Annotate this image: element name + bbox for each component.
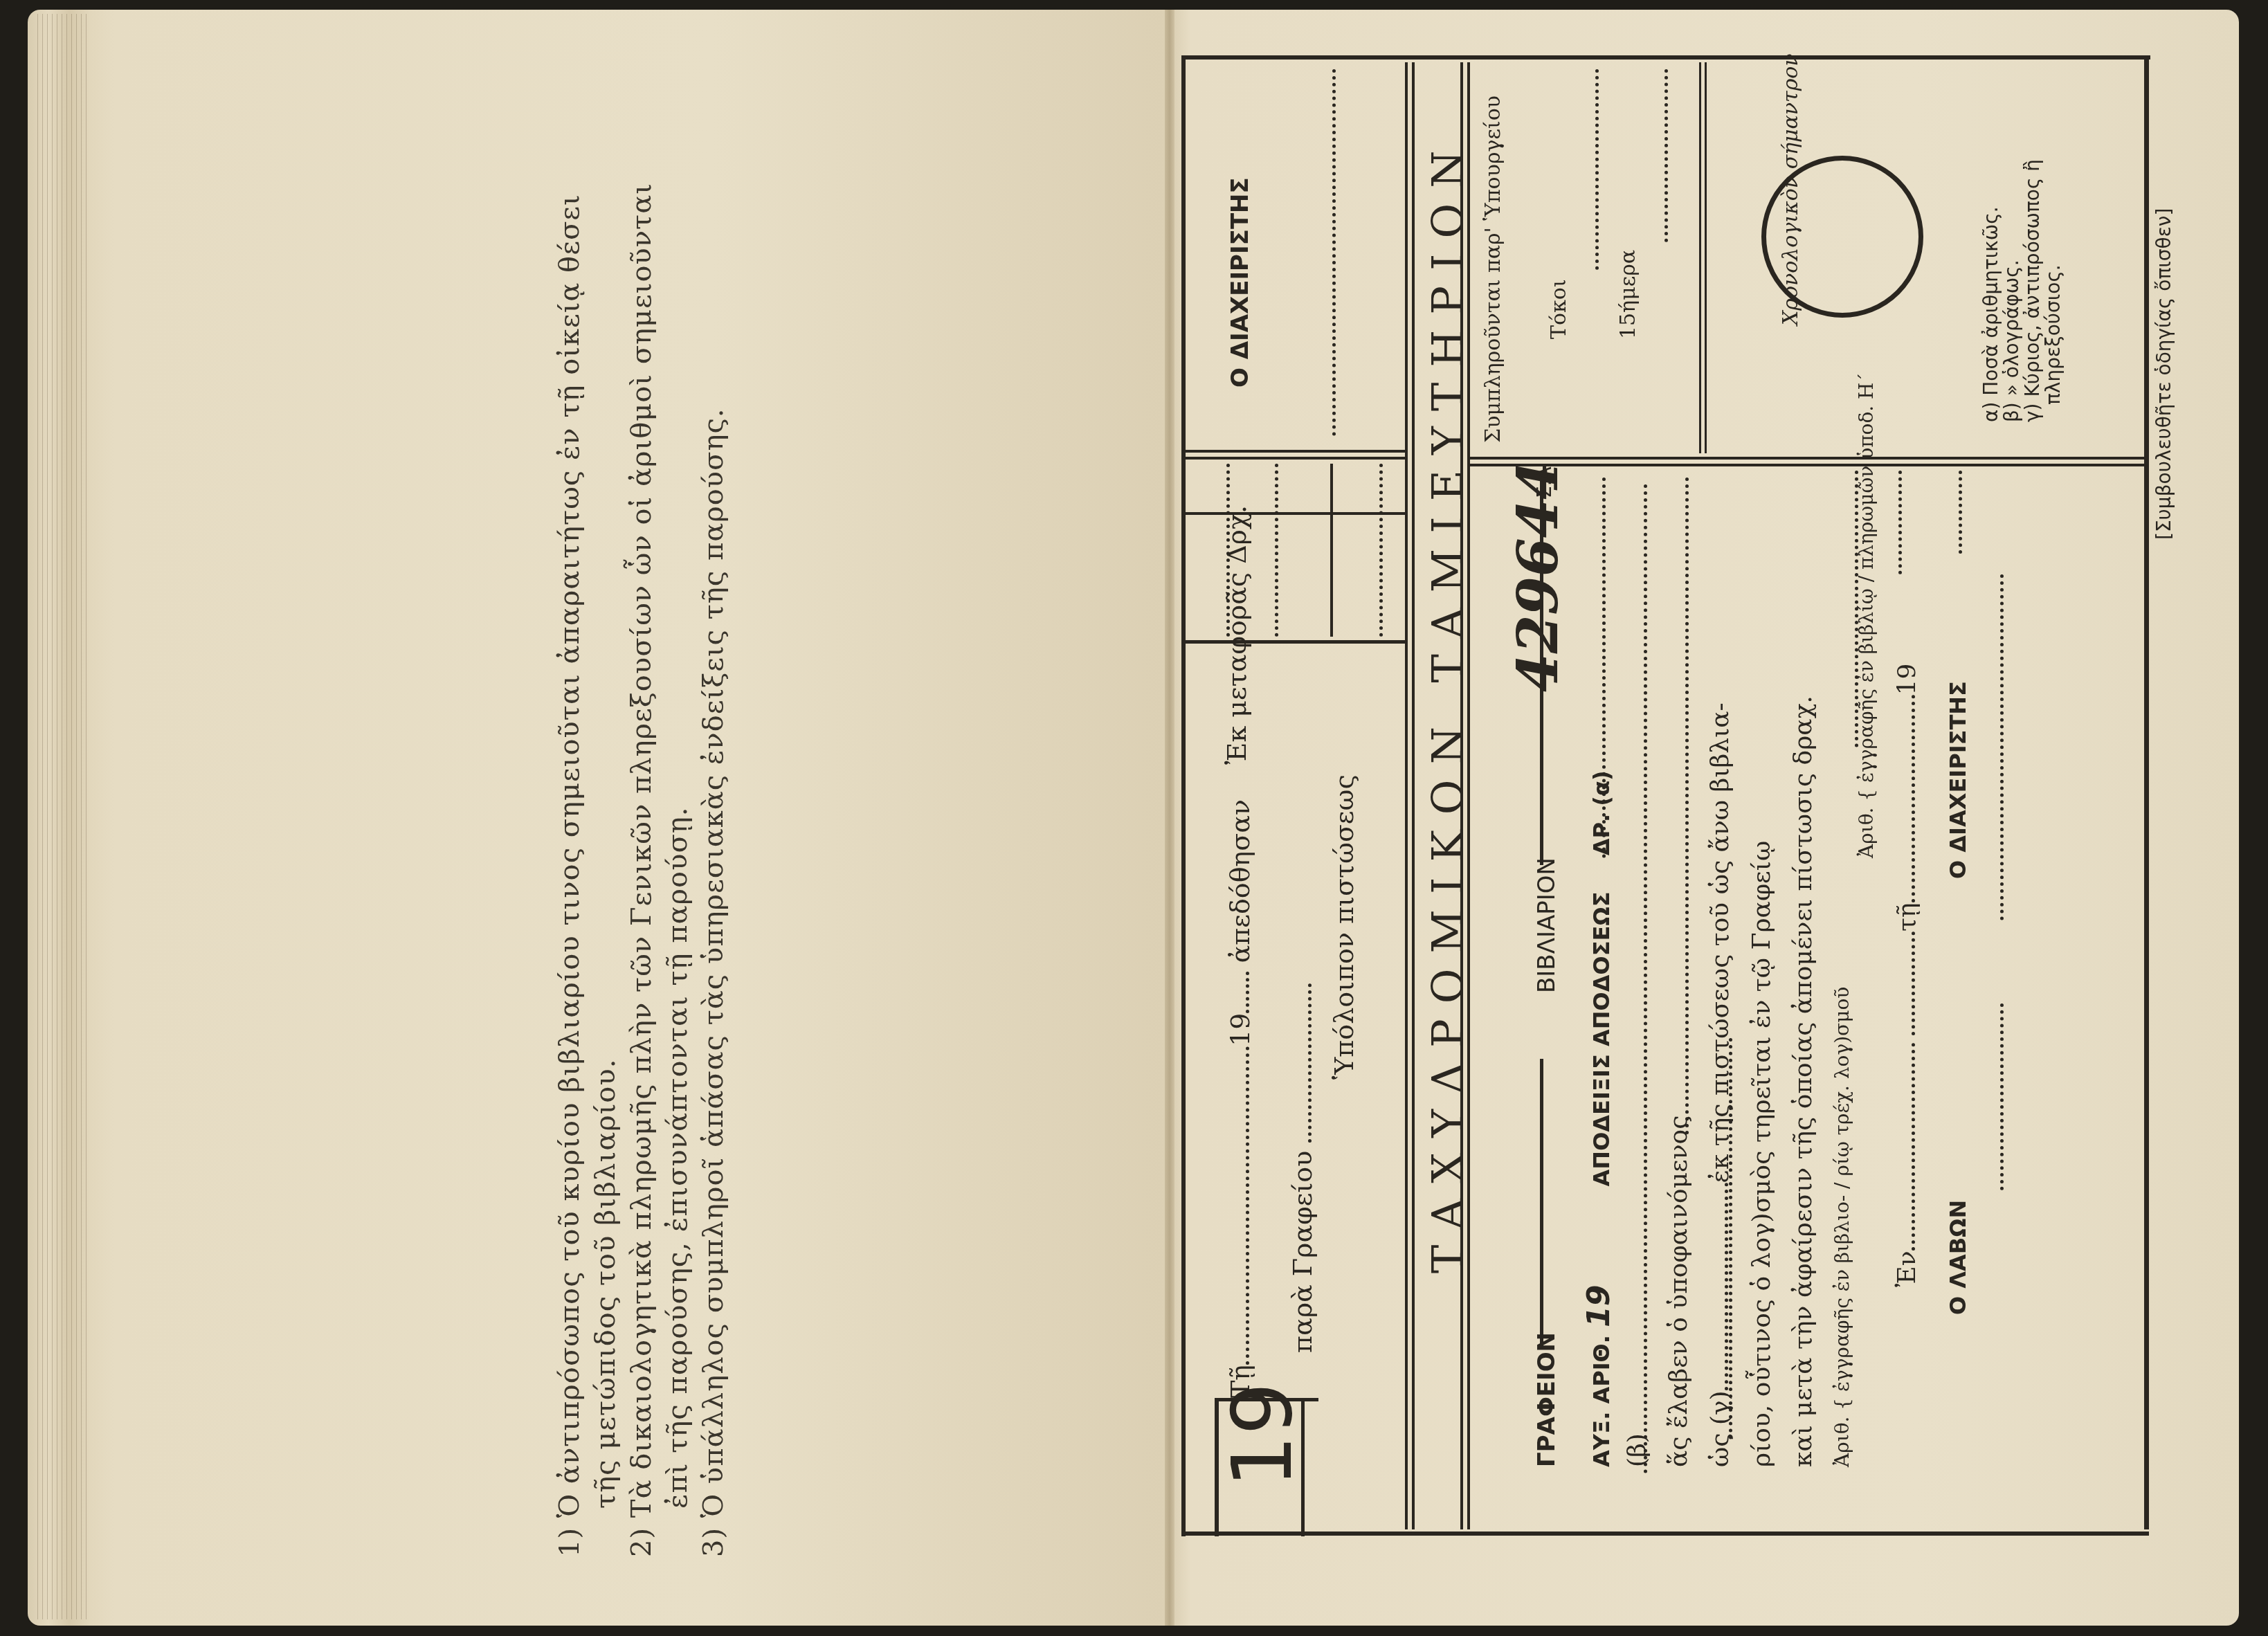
note-text: Τὰ δικαιολογητικὰ πληρωμῆς πλὴν τῶν Γενι… <box>626 183 657 1518</box>
note-text: τῆς μετώπιδος τοῦ βιβλιαρίου. <box>590 1059 622 1509</box>
divider-line <box>1405 62 1408 1529</box>
gamma-suffix: ἐκ τῆς πιστώσεως τοῦ ὡς ἄνω βιβλια- <box>1706 702 1734 1183</box>
office-label: ΓΡΑΦΕΙΟΝ <box>1533 1332 1561 1467</box>
manager-label-bottom: Ο ΔΙΑΧΕΙΡΙΣΤΗΣ <box>1945 681 1971 879</box>
arith-line: πληρωμῶν ὑποδ. Η΄ <box>1855 373 1878 570</box>
gamma-line: ὡς (γ)ἐκ τῆς πιστώσεως τοῦ ὡς ἄνω βιβλια… <box>1706 702 1734 1467</box>
arith-field[interactable] <box>1959 471 1962 554</box>
note-2-cont: ἐπὶ τῆς παρούσης, ἐπισυνάπτονται τῇ παρο… <box>662 807 693 1509</box>
office-underline <box>1540 1059 1543 1349</box>
booklet-suffix: Σ.Α <box>1533 466 1556 498</box>
note-text: ἐπὶ τῆς παρούσης, ἐπισυνάπτονται τῇ παρο… <box>662 807 693 1509</box>
interest-field[interactable] <box>1595 69 1599 270</box>
arith-label: Ἀριθ. <box>1831 1417 1853 1467</box>
note-3: 3) Ὁ ὑπάλληλος συμπληροῖ ἁπάσας τὰς ὑπηρ… <box>698 408 729 1557</box>
stamp-text: Χρονολογικὸν σήμαντρον <box>1779 53 1803 325</box>
section-line <box>1470 464 2148 466</box>
fortnight-label: 15ήμερα <box>1616 250 1640 339</box>
arith-label: Ἀριθ. <box>1855 808 1878 858</box>
arith-line: ἐγγραφῆς ἐν βιβλίῳ <box>1855 588 1878 783</box>
fortnight-field[interactable] <box>1664 69 1668 242</box>
dotted-field[interactable] <box>1379 464 1383 637</box>
ministry-note: Συμπληροῦνται παρ' Ὑπουργείου <box>1481 96 1505 443</box>
serial-line: ΑΥΞ. ΑΡΙΘ. 19 ΑΠΟΔΕΙΞΙΣ ΑΠΟΔΟΣΕΩΣ ΔΡ. (α… <box>1581 770 1617 1467</box>
arith-line: ρίῳ τρέχ. λογ)σμοῦ <box>1831 987 1853 1176</box>
received-field[interactable] <box>1685 478 1689 1135</box>
table-line <box>1186 640 1407 644</box>
arith-line: ἐγγραφῆς ἐν βιβλιο- <box>1831 1195 1853 1392</box>
credit-field[interactable] <box>1898 471 1902 574</box>
footnote-a: α) Ποσὰ ἀριθμητικῶς. <box>1979 206 2002 422</box>
divider-line <box>1705 62 1707 453</box>
arith-left: Ἀριθ. { ἐγγραφῆς ἐν βιβλιο- / ρίῳ τρέχ. … <box>1831 987 1853 1467</box>
remaining-label: Ὑπόλοιπον πιστώσεως <box>1329 774 1359 1080</box>
form-border-bottom <box>1181 1532 2149 1536</box>
footnote-b: β) » ὁλογράφως. <box>2000 260 2023 422</box>
table-line <box>1186 512 1407 515</box>
after-line: καὶ μετὰ τὴν ἀφαίρεσιν τῆς ὁποίας ἀπομέν… <box>1789 696 1817 1467</box>
footnote-c: γ) Κύριος, ἀντιπρόσωπος ἢ <box>2021 159 2044 422</box>
returned-label: ἀπεδόθησαν <box>1225 799 1255 963</box>
note-text: Ὁ ἀντιπρόσωπος τοῦ κυρίου βιβλιαρίου τιν… <box>554 194 586 1518</box>
serial-label: ΑΥΞ. ΑΡΙΘ. <box>1588 1335 1615 1467</box>
table-line <box>1186 450 1407 453</box>
place-field[interactable] <box>2000 1003 2004 1190</box>
note-number: 2) <box>626 1527 657 1557</box>
place-field[interactable] <box>1912 1043 1915 1251</box>
office-line: παρὰ Γραφείου <box>1287 983 1318 1353</box>
arith-right: Ἀριθ. { ἐγγραφῆς ἐν βιβλίῳ / πληρωμῶν ὑπ… <box>1855 373 1878 859</box>
place-date: Ἐν τῇ19 <box>1893 664 1921 1287</box>
place-prefix: Ἐν <box>1893 1251 1921 1287</box>
year-field[interactable] <box>1246 972 1249 1013</box>
form-border-left <box>1181 55 1186 1536</box>
office-line-label: παρὰ Γραφείου <box>1287 1151 1318 1353</box>
form-border-right <box>2144 55 2149 1529</box>
signature-line[interactable] <box>1332 69 1336 436</box>
divider-line <box>1699 62 1701 453</box>
manager-label-top: Ο ΔΙΑΧΕΙΡΙΣΤΗΣ <box>1226 177 1254 388</box>
date-prefix: Τῇ <box>1225 1365 1255 1398</box>
note-number: 1) <box>554 1527 586 1557</box>
beta-label: (β) <box>1623 1433 1651 1467</box>
table-line <box>1330 464 1333 637</box>
dotted-field[interactable] <box>1275 464 1278 637</box>
year-label: 19 <box>1893 664 1921 696</box>
form-title: ΤΑΧΥΔΡΟΜΙΚΟΝ ΤΑΜΙΕΥΤΗΡΙΟΝ <box>1422 135 1473 1273</box>
year-label: 19 <box>1225 1013 1255 1046</box>
office-field[interactable] <box>1308 983 1312 1143</box>
divider-line <box>1412 62 1415 1529</box>
booklet-label: ΒΙΒΛΙΑΡΙΟΝ <box>1533 857 1561 993</box>
interest-label: Τόκοι <box>1547 279 1571 339</box>
note-text: Ὁ ὑπάλληλος συμπληροῖ ἁπάσας τὰς ὑπηρεσι… <box>698 408 729 1518</box>
date-field[interactable] <box>2000 574 2004 920</box>
note-2: 2) Τὰ δικαιολογητικὰ πληρωμῆς πλὴν τῶν Γ… <box>626 183 657 1557</box>
serial-value: 19 <box>1581 1285 1617 1327</box>
table-line <box>1186 457 1407 460</box>
note-1-cont: τῆς μετώπιδος τοῦ βιβλιαρίου. <box>590 1059 622 1509</box>
date-field[interactable] <box>1912 695 1915 902</box>
a-label: (α) <box>1588 770 1615 806</box>
received-line: ἅς ἔλαβεν ὁ ὑποφαινόμενος <box>1664 1116 1693 1467</box>
form-border-top <box>1181 55 2150 60</box>
receipt-number: 19 <box>1215 1382 1311 1488</box>
date-line: Τῇ19 ἀπεδόθησαν <box>1225 799 1255 1398</box>
place-field-2[interactable] <box>1912 931 1915 1035</box>
dr-label: ΔΡ. <box>1588 814 1615 855</box>
footnote-c-cont: πληρεξούσιος. <box>2042 264 2065 405</box>
side-note: [Συμβουλευθῆτε ὁδηγίας ὄπισθεν] <box>2152 208 2175 540</box>
date-mid: τῇ <box>1893 902 1921 931</box>
beta-field[interactable] <box>1644 484 1647 1474</box>
note-number: 3) <box>698 1527 729 1557</box>
page-edges <box>33 14 89 1619</box>
gamma-prefix: ὡς (γ) <box>1706 1390 1734 1467</box>
gamma-field[interactable] <box>1725 1183 1728 1390</box>
account-line: ρίου, οὗτινος ὁ λογ)σμὸς τηρεῖται ἐν τῷ … <box>1748 841 1776 1467</box>
section-line <box>1470 457 2148 460</box>
day-field[interactable] <box>1246 1046 1249 1365</box>
book-spine <box>1165 10 1174 1626</box>
transfer-label: Ἐκ μεταφορᾶς Δρχ. <box>1222 505 1252 765</box>
note-1: 1) Ὁ ἀντιπρόσωπος τοῦ κυρίου βιβλιαρίου … <box>554 194 586 1557</box>
receipts-label: ΑΠΟΔΕΙΞΙΣ ΑΠΟΔΟΣΕΩΣ <box>1588 892 1615 1187</box>
receiver-label: Ο ΛΑΒΩΝ <box>1945 1200 1971 1315</box>
